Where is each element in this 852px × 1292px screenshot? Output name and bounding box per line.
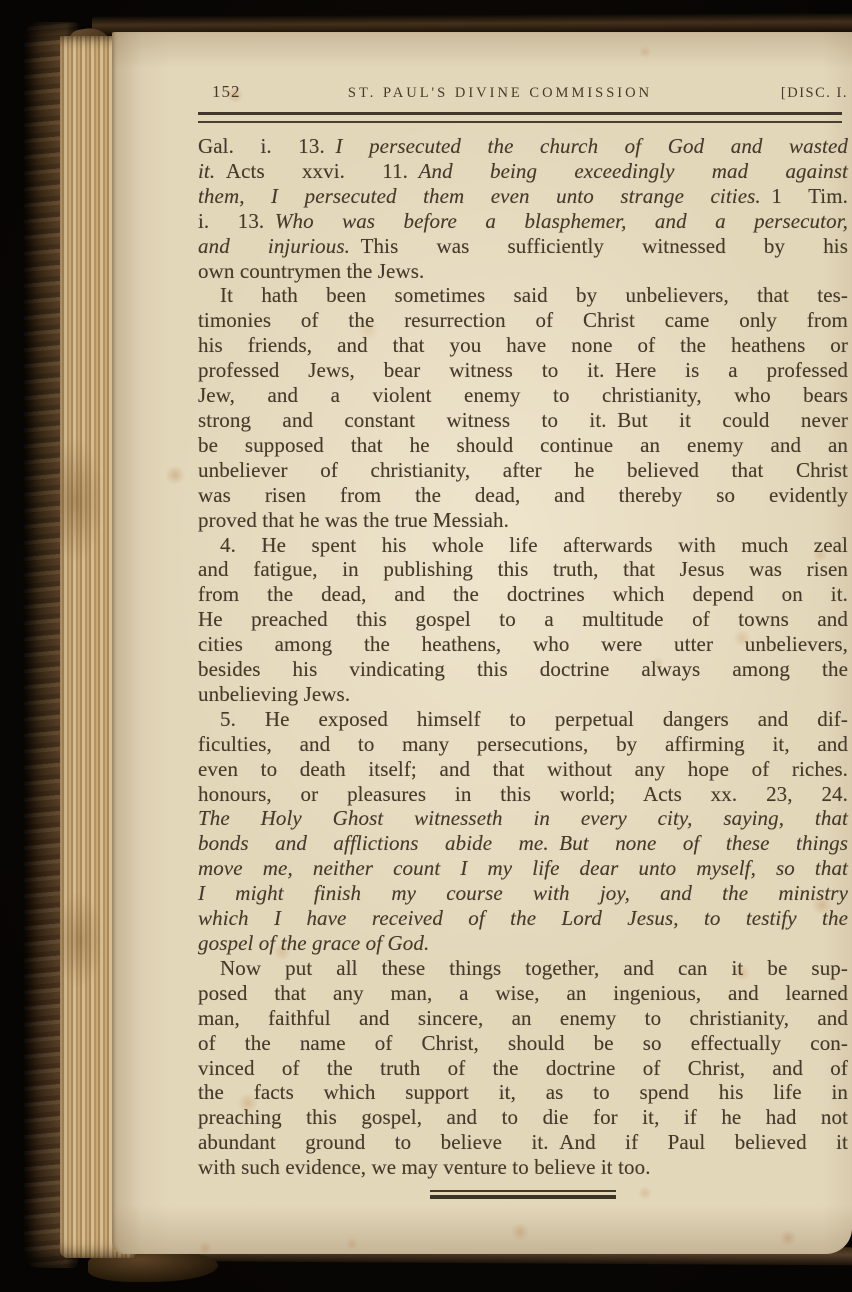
roman-text-run: i. 13. — [198, 209, 275, 233]
text-line: own countrymen the Jews. — [198, 259, 848, 284]
text-line: cities among the heathens, who were utte… — [198, 632, 848, 657]
text-line: Now put all these things together, and c… — [198, 956, 848, 981]
text-line: bonds and afflictions abide me. But none… — [198, 831, 848, 856]
italic-text-run: Who was before a blasphemer, and a perse… — [275, 209, 848, 233]
text-line: abundant ground to believe it. And if Pa… — [198, 1130, 848, 1155]
text-line: 4. He spent his whole life afterwards wi… — [198, 533, 848, 558]
roman-text-run: cities among the heathens, who were utte… — [198, 632, 848, 656]
text-line: preaching this gospel, and to die for it… — [198, 1105, 848, 1130]
roman-text-run: Gal. i. 13. — [198, 134, 335, 158]
text-line: move me, neither count I my life dear un… — [198, 856, 848, 881]
text-line: posed that any man, a wise, an ingenious… — [198, 981, 848, 1006]
roman-text-run: ficulties, and to many persecutions, by … — [198, 732, 848, 756]
text-line: which I have received of the Lord Jesus,… — [198, 906, 848, 931]
italic-text-run: And being exceedingly mad against — [419, 159, 848, 183]
text-line: them, I persecuted them even unto strang… — [198, 184, 848, 209]
roman-text-run: abundant ground to believe it. And if Pa… — [198, 1130, 848, 1154]
roman-text-run: besides his vindicating this doctrine al… — [198, 657, 848, 681]
roman-text-run: Jew, and a violent enemy to christianity… — [198, 383, 848, 407]
italic-text-run: move me, neither count I my life dear un… — [198, 856, 848, 880]
text-line: strong and constant witness to it. But i… — [198, 408, 848, 433]
text-line: his friends, and that you have none of t… — [198, 333, 848, 358]
text-line: Gal. i. 13. I persecuted the church of G… — [198, 134, 848, 159]
text-line: it. Acts xxvi. 11. And being exceedingly… — [198, 159, 848, 184]
roman-text-run: posed that any man, a wise, an ingenious… — [198, 981, 848, 1005]
text-line: besides his vindicating this doctrine al… — [198, 657, 848, 682]
italic-text-run: I persecuted the church of God and waste… — [335, 134, 848, 158]
roman-text-run: from the dead, and the doctrines which d… — [198, 582, 848, 606]
text-line: I might finish my course with joy, and t… — [198, 881, 848, 906]
closing-double-rule — [430, 1190, 616, 1199]
roman-text-run: unbelieving Jews. — [198, 682, 350, 706]
text-line: proved that he was the true Messiah. — [198, 508, 848, 533]
text-line: from the dead, and the doctrines which d… — [198, 582, 848, 607]
running-head: 152 ST. PAUL'S DIVINE COMMISSION [DISC. … — [198, 82, 848, 103]
roman-text-run: preaching this gospel, and to die for it… — [198, 1105, 848, 1129]
closing-rule-thin-line — [430, 1190, 616, 1192]
text-line: be supposed that he should continue an e… — [198, 433, 848, 458]
roman-text-run: This was sufficiently witnessed by his — [350, 234, 848, 258]
text-line: ficulties, and to many persecutions, by … — [198, 732, 848, 757]
roman-text-run: of the name of Christ, should be so effe… — [198, 1031, 848, 1055]
text-line: man, faithful and sincere, an enemy to c… — [198, 1006, 848, 1031]
roman-text-run: be supposed that he should continue an e… — [198, 433, 848, 457]
body-text: Gal. i. 13. I persecuted the church of G… — [198, 134, 848, 1180]
section-label: [DISC. I. — [730, 83, 848, 103]
italic-text-run: The Holy Ghost witnesseth in every city,… — [198, 806, 848, 830]
text-line: was risen from the dead, and thereby so … — [198, 483, 848, 508]
roman-text-run: 5. He exposed himself to perpetual dange… — [220, 707, 848, 731]
text-line: professed Jews, bear witness to it. Here… — [198, 358, 848, 383]
text-line: the facts which support it, as to spend … — [198, 1080, 848, 1105]
roman-text-run: honours, or pleasures in this world; Act… — [198, 782, 848, 806]
italic-text-run: gospel of the grace of God. — [198, 931, 429, 955]
header-double-rule — [198, 112, 842, 123]
roman-text-run: professed Jews, bear witness to it. Here… — [198, 358, 848, 382]
page-number: 152 — [198, 82, 298, 102]
roman-text-run: He preached this gospel to a multitude o… — [198, 607, 848, 631]
roman-text-run: Now put all these things together, and c… — [220, 956, 848, 980]
book-page: 152 ST. PAUL'S DIVINE COMMISSION [DISC. … — [112, 32, 852, 1254]
text-line: 5. He exposed himself to perpetual dange… — [198, 707, 848, 732]
roman-text-run: unbeliever of christianity, after he bel… — [198, 458, 848, 482]
page-content: 152 ST. PAUL'S DIVINE COMMISSION [DISC. … — [198, 82, 848, 1199]
text-line: and injurious. This was sufficiently wit… — [198, 234, 848, 259]
text-line: vinced of the truth of the doctrine of C… — [198, 1056, 848, 1081]
text-line: even to death itself; and that without a… — [198, 757, 848, 782]
roman-text-run: strong and constant witness to it. But i… — [198, 408, 848, 432]
text-line: He preached this gospel to a multitude o… — [198, 607, 848, 632]
italic-text-run: them, I persecuted them even unto strang… — [198, 184, 761, 208]
roman-text-run: timonies of the resurrection of Christ c… — [198, 308, 848, 332]
roman-text-run: was risen from the dead, and thereby so … — [198, 483, 848, 507]
text-line: and fatigue, in publishing this truth, t… — [198, 557, 848, 582]
text-line: unbelieving Jews. — [198, 682, 848, 707]
closing-rule-thick-line — [430, 1195, 616, 1199]
roman-text-run: Acts xxvi. 11. — [215, 159, 418, 183]
text-line: The Holy Ghost witnesseth in every city,… — [198, 806, 848, 831]
italic-text-run: which I have received of the Lord Jesus,… — [198, 906, 848, 930]
roman-text-run: the facts which support it, as to spend … — [198, 1080, 848, 1104]
roman-text-run: 1 Tim. — [761, 184, 848, 208]
text-line: with such evidence, we may venture to be… — [198, 1155, 848, 1180]
italic-text-run: it. — [198, 159, 215, 183]
paragraph: Now put all these things together, and c… — [198, 956, 848, 1180]
paragraph: It hath been sometimes said by unbelieve… — [198, 283, 848, 532]
italic-text-run: and injurious. — [198, 234, 350, 258]
text-line: gospel of the grace of God. — [198, 931, 848, 956]
roman-text-run: and fatigue, in publishing this truth, t… — [198, 557, 848, 581]
roman-text-run: own countrymen the Jews. — [198, 259, 424, 283]
photo-background: 152 ST. PAUL'S DIVINE COMMISSION [DISC. … — [0, 0, 852, 1292]
text-line: Jew, and a violent enemy to christianity… — [198, 383, 848, 408]
paragraph: 4. He spent his whole life afterwards wi… — [198, 533, 848, 707]
roman-text-run: his friends, and that you have none of t… — [198, 333, 848, 357]
roman-text-run: proved that he was the true Messiah. — [198, 508, 509, 532]
roman-text-run: vinced of the truth of the doctrine of C… — [198, 1056, 848, 1080]
roman-text-run: It hath been sometimes said by unbelieve… — [220, 283, 848, 307]
text-line: honours, or pleasures in this world; Act… — [198, 782, 848, 807]
italic-text-run: bonds and afflictions abide me. But none… — [198, 831, 848, 855]
roman-text-run: even to death itself; and that without a… — [198, 757, 848, 781]
text-line: It hath been sometimes said by unbelieve… — [198, 283, 848, 308]
running-title: ST. PAUL'S DIVINE COMMISSION — [298, 83, 702, 103]
paragraph: Gal. i. 13. I persecuted the church of G… — [198, 134, 848, 283]
italic-text-run: I might finish my course with joy, and t… — [198, 881, 848, 905]
roman-text-run: man, faithful and sincere, an enemy to c… — [198, 1006, 848, 1030]
text-line: timonies of the resurrection of Christ c… — [198, 308, 848, 333]
roman-text-run: with such evidence, we may venture to be… — [198, 1155, 651, 1179]
paragraph: 5. He exposed himself to perpetual dange… — [198, 707, 848, 956]
text-line: unbeliever of christianity, after he bel… — [198, 458, 848, 483]
text-line: i. 13. Who was before a blasphemer, and … — [198, 209, 848, 234]
roman-text-run: 4. He spent his whole life afterwards wi… — [220, 533, 848, 557]
text-line: of the name of Christ, should be so effe… — [198, 1031, 848, 1056]
